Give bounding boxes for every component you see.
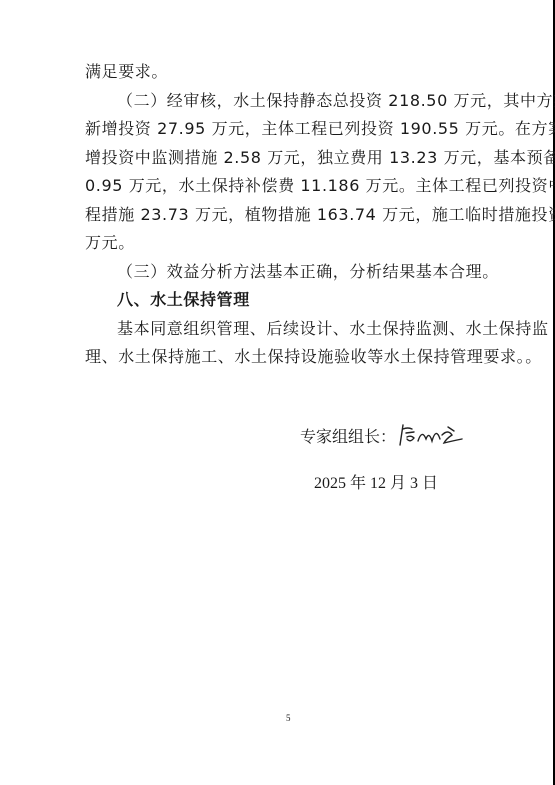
paragraph-line: 基本同意组织管理、后续设计、水土保持监测、水土保持监 bbox=[85, 315, 497, 344]
signature-label: 专家组组长： bbox=[300, 424, 396, 447]
paragraph-line: 增投资中监测措施 2.58 万元，独立费用 13.23 万元，基本预备费 bbox=[85, 144, 497, 173]
page-number: 5 bbox=[286, 713, 291, 723]
paragraph-line: （三）效益分析方法基本正确，分析结果基本合理。 bbox=[85, 258, 497, 287]
handwritten-signature-icon bbox=[396, 421, 466, 449]
document-body: 满足要求。 （二）经审核，水土保持静态总投资 218.50 万元，其中方案 新增… bbox=[85, 58, 497, 372]
paragraph-line: 新增投资 27.95 万元，主体工程已列投资 190.55 万元。在方案新 bbox=[85, 115, 497, 144]
paragraph-line: 0.95 万元，水土保持补偿费 11.186 万元。主体工程已列投资中工 bbox=[85, 172, 497, 201]
signature-block: 专家组组长： bbox=[300, 421, 466, 449]
paragraph-line: 万元。 bbox=[85, 229, 497, 258]
paragraph-line: 满足要求。 bbox=[85, 58, 497, 87]
paragraph-line: （二）经审核，水土保持静态总投资 218.50 万元，其中方案 bbox=[85, 87, 497, 116]
paragraph-line: 理、水土保持施工、水土保持设施验收等水土保持管理要求。。 bbox=[85, 343, 497, 372]
document-date: 2025 年 12 月 3 日 bbox=[314, 470, 438, 493]
paragraph-line: 程措施 23.73 万元，植物措施 163.74 万元，施工临时措施投资 3.0… bbox=[85, 201, 497, 230]
section-heading: 八、水土保持管理 bbox=[85, 286, 497, 315]
